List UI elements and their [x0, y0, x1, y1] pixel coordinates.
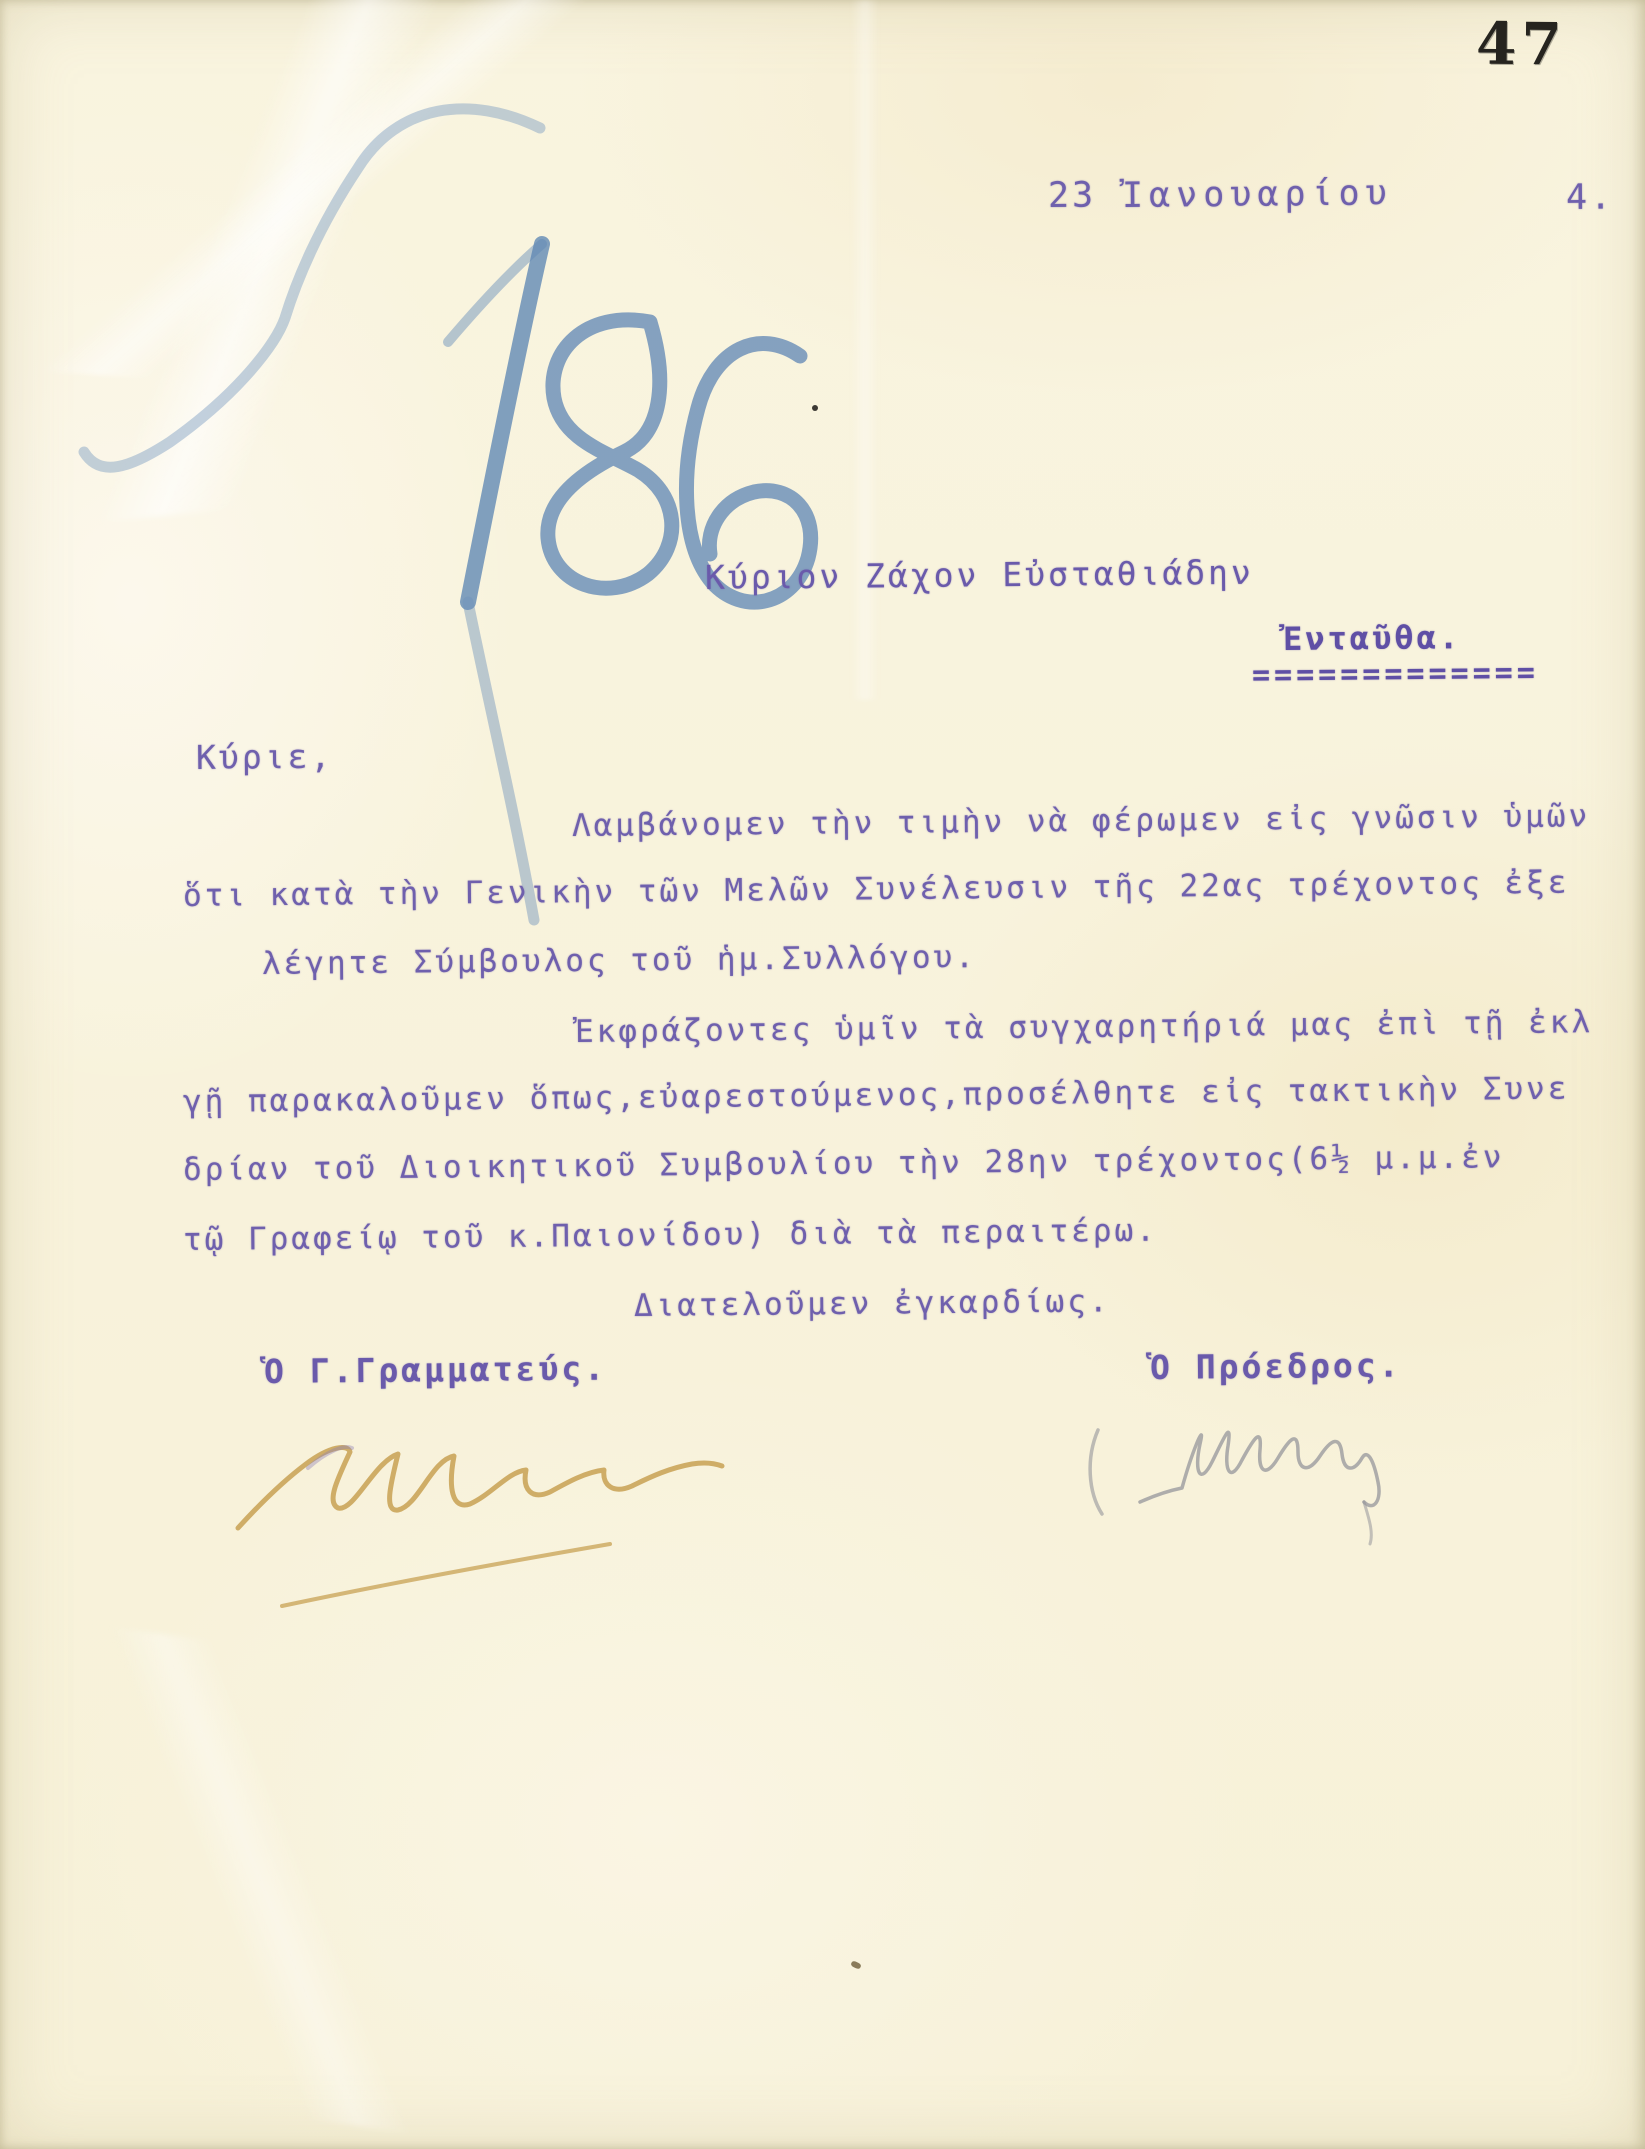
recipient-location: Ἐνταῦθα. — [1283, 618, 1461, 658]
recipient-name: Κύριον Ζάχον Εὐσταθιάδην — [705, 553, 1254, 597]
ink-speck — [812, 405, 818, 411]
page-number-stamp: 47 — [1476, 10, 1567, 79]
recipient-underline: ============= — [1252, 655, 1539, 693]
closing-line: Διατελοῦμεν ἐγκαρδίως. — [634, 1283, 1111, 1324]
body-line: Ἐκφράζοντες ὑμῖν τὰ συγχαρητήριά μας ἐπὶ… — [575, 1004, 1594, 1050]
date-day: 23 — [1048, 176, 1097, 216]
date-year: 4. — [1566, 178, 1615, 218]
date-month: Ἰανουαρίου — [1122, 173, 1393, 216]
body-line: δρίαν τοῦ Διοικητικοῦ Συμβουλίου τὴν 28η… — [183, 1139, 1505, 1188]
body-line: γῇ παρακαλοῦμεν ὅπως,εὐαρεστούμενος,προσ… — [183, 1071, 1570, 1120]
body-line: τῷ Γραφείῳ τοῦ κ.Παιονίδου) διὰ τὰ περαι… — [183, 1213, 1158, 1258]
body-line: ὅτι κατὰ τὴν Γενικὴν τῶν Μελῶν Συνέλευσι… — [183, 865, 1570, 914]
paper-crease — [0, 1610, 589, 2149]
letter-page: 47 23 Ἰανουαρίου 4. Κύριον Ζάχον Εὐσταθι… — [0, 0, 1645, 2149]
paper-crease — [0, 0, 707, 538]
president-title: Ὁ Πρόεδρος. — [1150, 1346, 1402, 1387]
body-line: λέγητε Σύμβουλος τοῦ ἡμ.Συλλόγου. — [262, 939, 977, 982]
salutation: Κύριε, — [196, 737, 334, 777]
ink-speck — [850, 1960, 862, 1970]
body-line: Λαμβάνομεν τὴν τιμὴν νὰ φέρωμεν εἰς γνῶσ… — [572, 798, 1591, 844]
secretary-title: Ὁ Γ.Γραμματεύς. — [264, 1349, 607, 1391]
paper-crease — [46, 0, 594, 408]
